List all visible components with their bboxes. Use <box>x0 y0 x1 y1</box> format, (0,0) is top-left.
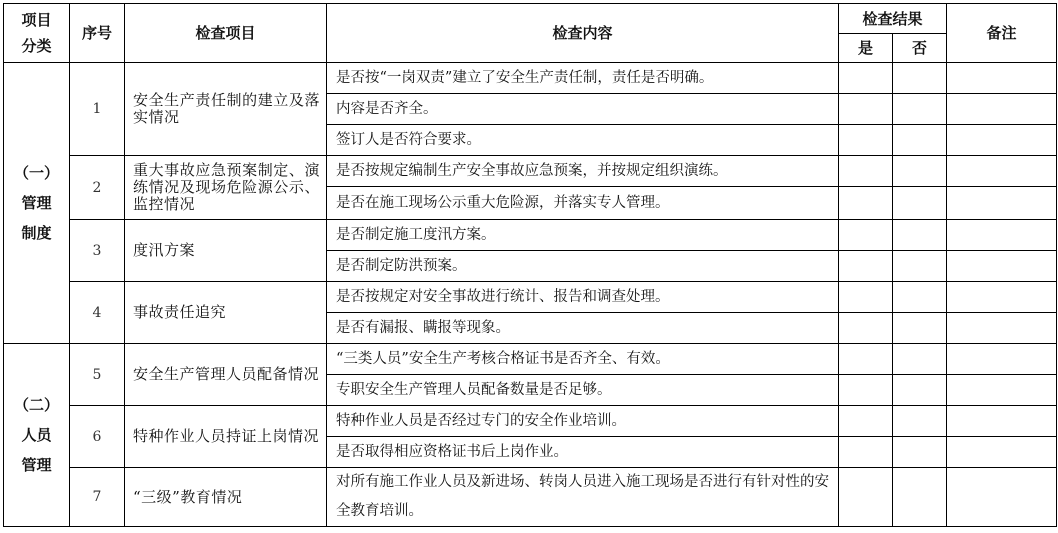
result-yes-cell[interactable] <box>839 125 893 156</box>
content-cell: 是否按规定对安全事故进行统计、报告和调查处理。 <box>327 282 839 313</box>
item-title: 事故责任追究 <box>125 282 327 344</box>
content-cell: 特种作业人员是否经过专门的安全作业培训。 <box>327 406 839 437</box>
result-no-cell[interactable] <box>893 313 947 344</box>
content-cell: 签订人是否符合要求。 <box>327 125 839 156</box>
content-cell: 专职安全生产管理人员配备数量是否足够。 <box>327 375 839 406</box>
result-no-cell[interactable] <box>893 251 947 282</box>
content-cell: “三类人员”安全生产考核合格证书是否齐全、有效。 <box>327 344 839 375</box>
remarks-cell[interactable] <box>947 313 1057 344</box>
remarks-cell[interactable] <box>947 406 1057 437</box>
table-row: （二） 人员 管理 5 安全生产管理人员配备情况 “三类人员”安全生产考核合格证… <box>4 344 1057 375</box>
table-row: （一） 管理 制度 1 安全生产责任制的建立及落实情况 是否按“一岗双责”建立了… <box>4 63 1057 94</box>
remarks-cell[interactable] <box>947 251 1057 282</box>
item-number: 2 <box>70 156 125 220</box>
result-yes-cell[interactable] <box>839 344 893 375</box>
result-no-cell[interactable] <box>893 156 947 187</box>
content-cell: 内容是否齐全。 <box>327 94 839 125</box>
remarks-cell[interactable] <box>947 375 1057 406</box>
result-no-cell[interactable] <box>893 375 947 406</box>
content-cell: 对所有施工作业人员及新进场、转岗人员进入施工现场是否进行有针对性的安全教育培训。 <box>327 468 839 527</box>
remarks-cell[interactable] <box>947 94 1057 125</box>
remarks-cell[interactable] <box>947 437 1057 468</box>
header-category-line1: 项目 <box>4 7 69 33</box>
result-no-cell[interactable] <box>893 187 947 220</box>
inspection-table: 项目 分类 序号 检查项目 检查内容 检查结果 备注 是 否 （一） 管理 制度… <box>3 3 1057 527</box>
result-yes-cell[interactable] <box>839 187 893 220</box>
result-no-cell[interactable] <box>893 63 947 94</box>
item-number: 5 <box>70 344 125 406</box>
remarks-cell[interactable] <box>947 125 1057 156</box>
result-no-cell[interactable] <box>893 125 947 156</box>
item-number: 6 <box>70 406 125 468</box>
header-result-no: 否 <box>893 34 947 63</box>
table-row: 6 特种作业人员持证上岗情况 特种作业人员是否经过专门的安全作业培训。 <box>4 406 1057 437</box>
header-remarks: 备注 <box>947 4 1057 63</box>
remarks-cell[interactable] <box>947 468 1057 527</box>
remarks-cell[interactable] <box>947 220 1057 251</box>
header-item: 检查项目 <box>125 4 327 63</box>
result-yes-cell[interactable] <box>839 282 893 313</box>
item-title: 度汛方案 <box>125 220 327 282</box>
item-title: 重大事故应急预案制定、演练情况及现场危险源公示、监控情况 <box>125 156 327 220</box>
result-yes-cell[interactable] <box>839 375 893 406</box>
result-no-cell[interactable] <box>893 220 947 251</box>
item-title: 特种作业人员持证上岗情况 <box>125 406 327 468</box>
header-number: 序号 <box>70 4 125 63</box>
table-row: 3 度汛方案 是否制定施工度汛方案。 <box>4 220 1057 251</box>
remarks-cell[interactable] <box>947 187 1057 220</box>
category-line: 管理 <box>4 188 69 218</box>
table-row: 4 事故责任追究 是否按规定对安全事故进行统计、报告和调查处理。 <box>4 282 1057 313</box>
content-cell: 是否取得相应资格证书后上岗作业。 <box>327 437 839 468</box>
remarks-cell[interactable] <box>947 282 1057 313</box>
result-no-cell[interactable] <box>893 282 947 313</box>
item-number: 1 <box>70 63 125 156</box>
content-cell: 是否有漏报、瞒报等现象。 <box>327 313 839 344</box>
content-cell: 是否在施工现场公示重大危险源，并落实专人管理。 <box>327 187 839 220</box>
item-title: 安全生产责任制的建立及落实情况 <box>125 63 327 156</box>
content-cell: 是否按规定编制生产安全事故应急预案，并按规定组织演练。 <box>327 156 839 187</box>
header-category-line2: 分类 <box>4 33 69 59</box>
category-line: 人员 <box>4 420 69 450</box>
result-yes-cell[interactable] <box>839 406 893 437</box>
result-yes-cell[interactable] <box>839 437 893 468</box>
content-cell: 是否制定防洪预案。 <box>327 251 839 282</box>
category-cell-personnel-management: （二） 人员 管理 <box>4 344 70 527</box>
result-no-cell[interactable] <box>893 406 947 437</box>
item-title: “三级”教育情况 <box>125 468 327 527</box>
header-result-yes: 是 <box>839 34 893 63</box>
result-no-cell[interactable] <box>893 344 947 375</box>
category-line: （二） <box>4 390 69 420</box>
category-line: 管理 <box>4 450 69 480</box>
category-line: （一） <box>4 158 69 188</box>
category-cell-management-system: （一） 管理 制度 <box>4 63 70 344</box>
content-cell: 是否制定施工度汛方案。 <box>327 220 839 251</box>
table-row: 2 重大事故应急预案制定、演练情况及现场危险源公示、监控情况 是否按规定编制生产… <box>4 156 1057 187</box>
table-row: 7 “三级”教育情况 对所有施工作业人员及新进场、转岗人员进入施工现场是否进行有… <box>4 468 1057 527</box>
result-yes-cell[interactable] <box>839 251 893 282</box>
item-number: 3 <box>70 220 125 282</box>
inspection-checklist: 项目 分类 序号 检查项目 检查内容 检查结果 备注 是 否 （一） 管理 制度… <box>3 3 1056 527</box>
item-number: 4 <box>70 282 125 344</box>
result-yes-cell[interactable] <box>839 94 893 125</box>
result-yes-cell[interactable] <box>839 156 893 187</box>
remarks-cell[interactable] <box>947 63 1057 94</box>
content-cell: 是否按“一岗双责”建立了安全生产责任制，责任是否明确。 <box>327 63 839 94</box>
item-title: 安全生产管理人员配备情况 <box>125 344 327 406</box>
result-yes-cell[interactable] <box>839 313 893 344</box>
remarks-cell[interactable] <box>947 156 1057 187</box>
result-yes-cell[interactable] <box>839 468 893 527</box>
header-content: 检查内容 <box>327 4 839 63</box>
header-result: 检查结果 <box>839 4 947 34</box>
header-category: 项目 分类 <box>4 4 70 63</box>
result-no-cell[interactable] <box>893 437 947 468</box>
result-no-cell[interactable] <box>893 468 947 527</box>
result-yes-cell[interactable] <box>839 220 893 251</box>
item-number: 7 <box>70 468 125 527</box>
result-yes-cell[interactable] <box>839 63 893 94</box>
category-line: 制度 <box>4 218 69 248</box>
header-row: 项目 分类 序号 检查项目 检查内容 检查结果 备注 <box>4 4 1057 34</box>
remarks-cell[interactable] <box>947 344 1057 375</box>
result-no-cell[interactable] <box>893 94 947 125</box>
